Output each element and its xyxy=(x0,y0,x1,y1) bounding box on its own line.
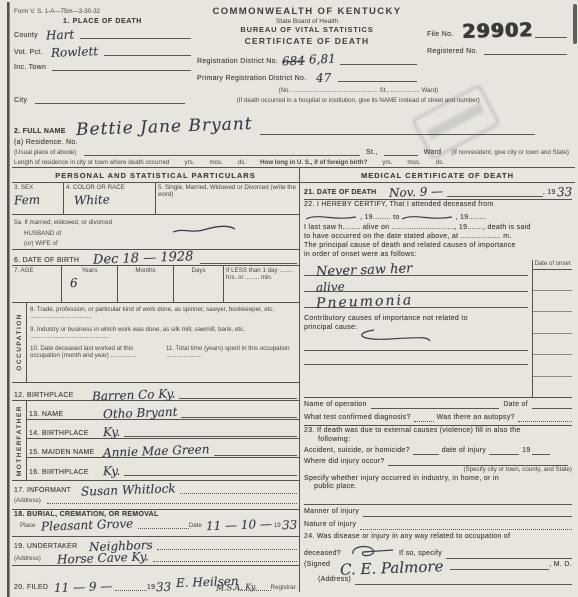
mother-birthplace-row: 16. BIRTHPLACE Ky. xyxy=(27,458,299,477)
blank-line xyxy=(535,29,567,38)
occupation-side-label: OCCUPATION xyxy=(16,313,23,371)
occupation-last-worked-label: 10. Date deceased last worked at this oc… xyxy=(27,343,163,362)
mother-side-label: MOTHER xyxy=(16,439,23,476)
full-name-row: 2. FULL NAME Bettie Jane Bryant xyxy=(12,105,575,135)
nature-of-injury-label: Nature of injury xyxy=(304,521,356,530)
blank-line xyxy=(363,508,572,517)
cause-line-3: Pneumonia xyxy=(304,292,528,308)
q24-line1: 24. Was disease or injury in any way rel… xyxy=(304,533,572,542)
registration-district-struck-value: 684 xyxy=(282,54,305,69)
blank-line xyxy=(413,446,439,455)
pen-scribble xyxy=(349,544,399,559)
residence-hint: (If nonresident, give city or town and S… xyxy=(451,149,569,156)
father-side-label: FATHER xyxy=(16,405,23,440)
blank-line xyxy=(532,446,550,455)
residence-sublabel: (Usual place of abode) xyxy=(14,149,76,156)
city-hint-street: (No. ...................................… xyxy=(278,87,438,94)
blank-line xyxy=(80,30,191,39)
age-years-value: 6 xyxy=(70,275,78,289)
operation-label: Name of operation xyxy=(304,401,367,410)
blank-line xyxy=(446,550,572,559)
board-subtitle: State Board of Health xyxy=(197,18,417,25)
marital-5a-label: 5a. If married, widowed, or divorced xyxy=(14,219,112,226)
onset-cell xyxy=(533,355,572,376)
age-label-cell: 7. AGE xyxy=(12,266,62,302)
filed-label: 20. FILED xyxy=(14,584,48,591)
inc-town-label: Inc. Town xyxy=(14,64,46,71)
date-of-death-label: 21. DATE OF DEATH xyxy=(304,189,377,198)
date-of-birth-label: 6. DATE OF BIRTH xyxy=(14,257,79,264)
section-headers: PERSONAL AND STATISTICAL PARTICULARS MED… xyxy=(12,168,575,183)
signed-row: (Signed C. E. Palmore , M. D. xyxy=(304,561,572,570)
yrs-label-2: yrs. xyxy=(382,159,392,166)
father-name-row: 13. NAME Otho Bryant xyxy=(27,401,299,420)
blank-line xyxy=(52,62,191,71)
occupation-items: 8. Trade, profession, or particular kind… xyxy=(27,303,299,382)
onset-cell xyxy=(533,312,572,333)
file-number-row: File No. 29902 xyxy=(427,20,567,38)
father-birthplace-row: 14. BIRTHPLACE Ky. xyxy=(27,420,299,439)
age-less-cell: If LESS than 1 day ........ hrs. or ....… xyxy=(224,266,299,302)
blank-line xyxy=(179,390,297,399)
blank-line xyxy=(181,409,297,418)
physician-signature: C. E. Palmore xyxy=(340,562,444,574)
onset-cell xyxy=(533,334,572,355)
mother-birthplace-label: 16. BIRTHPLACE xyxy=(29,469,101,476)
occupation-side-strip: OCCUPATION xyxy=(12,303,27,382)
injury-date-label: date of injury xyxy=(442,447,486,456)
mother-maiden-name-label: 15. MAIDEN NAME xyxy=(29,449,101,456)
length-text: Length of residence in city or town wher… xyxy=(14,159,169,166)
race-cell: 4. COLOR OR RACE White xyxy=(64,183,156,214)
contributory-line1: Contributory causes of importance not re… xyxy=(304,315,528,324)
certify-19-text: , 19........ xyxy=(456,214,487,223)
occupation-block: OCCUPATION 8. Trade, profession, or part… xyxy=(12,303,299,383)
pen-scribble xyxy=(304,212,360,223)
burial-place-date-row: Place Pleasant Grove Date 11 — 10 — 19 3… xyxy=(14,518,297,529)
certificate-title: CERTIFICATE OF DEATH xyxy=(197,36,417,46)
blank-line xyxy=(388,457,568,466)
residence-label-block: (a) Residence. No. (Usual place of abode… xyxy=(14,136,78,156)
race-value: White xyxy=(74,192,110,207)
blank-line xyxy=(450,561,550,570)
test-autopsy-row: What test confirmed diagnosis? Was there… xyxy=(304,411,572,426)
inc-town-row: Inc. Town xyxy=(14,62,191,71)
manner-of-injury-label: Manner of injury xyxy=(304,508,359,517)
date-of-birth-value: Dec 18 — 1928 xyxy=(93,249,194,267)
blank-line xyxy=(214,447,298,456)
registrar-signature-line2: M.S.A. Ky. xyxy=(215,582,256,592)
registration-district-value: 6,81 xyxy=(309,52,336,67)
marital-cell: 5. Single, Married, Widowed or Divorced … xyxy=(156,183,299,214)
blank-line xyxy=(484,46,567,55)
mother-maiden-name-row: 15. MAIDEN NAME Annie Mae Green xyxy=(27,439,299,458)
date-of-birth-row: 6. DATE OF BIRTH Dec 18 — 1928 xyxy=(12,250,299,266)
operation-row: Name of operation Date of xyxy=(304,398,572,411)
date-of-onset-column: Date of onset xyxy=(532,260,572,397)
county-label: County xyxy=(14,32,38,39)
registrar-label: Registrar. xyxy=(271,584,297,591)
age-days-cell: Days xyxy=(174,266,224,302)
header: Form V. S. 1-A—75m—3-30-32 1. PLACE OF D… xyxy=(12,2,575,82)
file-block: File No. 29902 Registered No. xyxy=(417,6,575,82)
onset-cell xyxy=(533,377,572,397)
burial-place-value: Pleasant Grove xyxy=(41,517,134,534)
file-number-stamp: 29902 xyxy=(461,19,533,43)
filed-year-value: 33 xyxy=(156,580,172,595)
informant-address-label: (Address) xyxy=(14,497,41,504)
accident-row: Accident, suicide, or homicide? date of … xyxy=(304,446,572,455)
age-days-label: Days xyxy=(176,267,221,274)
injury-19-label: 19 xyxy=(522,447,530,456)
bureau-subtitle: BUREAU OF VITAL STATISTICS xyxy=(197,25,417,34)
personal-section-title: PERSONAL AND STATISTICAL PARTICULARS xyxy=(12,168,300,182)
form-number: Form V. S. 1-A—75m—3-30-32 xyxy=(14,8,191,15)
principal-cause-line1: The principal cause of death and related… xyxy=(304,242,572,251)
parents-rows: 13. NAME Otho Bryant 14. BIRTHPLACE Ky. … xyxy=(27,401,299,481)
age-label: 7. AGE xyxy=(14,267,59,274)
blank-line xyxy=(200,255,297,264)
medical-section-title: MEDICAL CERTIFICATE OF DEATH xyxy=(300,168,575,182)
certify-block: 22. I HEREBY CERTIFY, That I attended de… xyxy=(304,200,572,260)
age-months-label: Months xyxy=(120,267,171,274)
certify-to-text: , 19........ to xyxy=(360,214,400,223)
sex-label: 3. SEX xyxy=(14,184,61,191)
registered-number-label: Registered No. xyxy=(427,48,478,55)
blank-dotted-line xyxy=(414,413,434,422)
undertaker-address-value: Horse Cave Ky. xyxy=(57,550,149,567)
spouse-row: 5a. If married, widowed, or divorced HUS… xyxy=(12,215,299,250)
marital-label: 5. Single, Married, Widowed or Divorced … xyxy=(158,184,297,198)
mos-label-2: mos. xyxy=(407,159,420,166)
blank-dotted-line xyxy=(138,520,189,529)
cause-value-3: Pneumonia xyxy=(316,292,414,311)
birthplace-label: 12. BIRTHPLACE xyxy=(14,392,74,399)
yrs-label: yrs. xyxy=(184,159,194,166)
full-name-label: 2. FULL NAME xyxy=(14,128,66,135)
death-certificate-scan: Form V. S. 1-A—75m—3-30-32 1. PLACE OF D… xyxy=(0,0,578,597)
blank-line xyxy=(532,400,572,409)
where-injury-label: Where did injury occur? xyxy=(304,458,384,467)
signed-label: (Signed xyxy=(304,561,330,570)
blank-dotted-line xyxy=(115,582,147,591)
blank-line xyxy=(104,47,191,56)
blank-line xyxy=(384,147,418,156)
informant-label: 17. INFORMANT xyxy=(14,487,71,494)
onset-cell xyxy=(533,270,572,291)
father-name-label: 13. NAME xyxy=(29,411,101,418)
foreign-birth-question: How long in U. S., if of foreign birth? xyxy=(260,159,367,166)
blank-line xyxy=(124,428,297,437)
race-label: 4. COLOR OR RACE xyxy=(66,184,153,191)
last-saw-line1: I last saw h........ alive on ..........… xyxy=(304,224,572,233)
blank-rule-line xyxy=(304,351,528,365)
age-months-cell: Months xyxy=(118,266,174,302)
accident-label: Accident, suicide, or homicide? xyxy=(304,447,410,456)
specify-line1: Specify whether injury occurred in indus… xyxy=(304,475,572,484)
undertaker-label: 19. UNDERTAKER xyxy=(14,543,77,550)
blank-line xyxy=(304,496,572,505)
pen-scribble xyxy=(344,327,434,350)
last-saw-line2: to have occurred on the date stated abov… xyxy=(304,233,572,242)
where-injury-row: Where did injury occur? xyxy=(304,457,572,466)
blank-line xyxy=(371,400,500,409)
burial-date-year: 33 xyxy=(281,518,297,533)
ds-label: ds. xyxy=(238,159,246,166)
operation-date-label: Date of xyxy=(503,401,528,410)
burial-place-label: Place xyxy=(20,522,35,529)
primary-district-row: Primary Registration District No. 47 xyxy=(197,71,417,82)
sex-race-marital-row: 3. SEX Fem 4. COLOR OR RACE White 5. Sin… xyxy=(12,183,299,215)
primary-district-label: Primary Registration District No. xyxy=(197,75,306,82)
date-of-death-value: Nov. 9 — xyxy=(388,184,443,200)
primary-district-value: 47 xyxy=(316,71,332,86)
birthplace-value: Barren Co Ky. xyxy=(91,386,175,403)
pen-scribble xyxy=(400,212,456,223)
informant-row: 17. INFORMANT Susan Whitlock xyxy=(14,483,297,494)
medical-column: 21. DATE OF DEATH Nov. 9 — , 19 33 22. I… xyxy=(300,183,575,592)
filed-19: 19 xyxy=(147,584,155,591)
occupation-dates-row: 10. Date deceased last worked at this oc… xyxy=(27,343,299,362)
undertaker-row: 19. UNDERTAKER Neighbors xyxy=(14,539,297,550)
blank-line xyxy=(124,467,297,476)
blank-dotted-line xyxy=(360,521,572,530)
blank-line xyxy=(489,446,519,455)
undertaker-block: 19. UNDERTAKER Neighbors (Address) Horse… xyxy=(12,537,299,566)
spouse-scribble xyxy=(169,222,239,236)
length-of-residence-row: Length of residence in city or town wher… xyxy=(12,157,575,168)
registered-number-row: Registered No. xyxy=(427,46,567,55)
undertaker-address-label: (Address) xyxy=(14,555,41,562)
contributory-answer-line xyxy=(304,333,528,351)
father-birthplace-value: Ky. xyxy=(103,424,121,439)
ds-label-2: ds. xyxy=(436,159,444,166)
principal-cause-line2: in order of onset were as follows: xyxy=(304,251,572,260)
blank-dotted-line xyxy=(157,541,297,550)
age-row: 7. AGE Years 6 Months Days If LESS than … xyxy=(12,266,299,303)
cause-value-2: alive xyxy=(316,280,345,295)
registrar-signature-block: E. Heilsen M.S.A. Ky. xyxy=(176,573,239,591)
blank-line xyxy=(340,56,417,65)
county-value: Hart xyxy=(46,28,75,43)
occupation-industry-label: 9. Industry or business in which work wa… xyxy=(27,323,299,343)
precinct-label: Vot. Pct. xyxy=(14,49,43,56)
blank-line xyxy=(447,188,543,197)
blank-line xyxy=(338,73,417,82)
precinct-value: Rowlett xyxy=(51,44,99,60)
wife-of-label: (or) WIFE of xyxy=(24,240,58,247)
sex-cell: 3. SEX Fem xyxy=(12,183,64,214)
personal-column: 3. SEX Fem 4. COLOR OR RACE White 5. Sin… xyxy=(12,183,300,592)
file-number-label: File No. xyxy=(427,31,454,38)
external-line1: 23. If death was due to external causes … xyxy=(304,427,572,436)
burial-date-19: 19 xyxy=(274,522,281,529)
burial-date-label: Date xyxy=(189,522,202,529)
city-label: City xyxy=(14,97,27,104)
certificate-body: Form V. S. 1-A—75m—3-30-32 1. PLACE OF D… xyxy=(7,2,575,597)
manner-of-injury-row: Manner of injury xyxy=(304,506,572,519)
certify-line1: 22. I HEREBY CERTIFY, That I attended de… xyxy=(304,201,572,210)
burial-date-value: 11 — 10 — xyxy=(206,517,272,533)
parents-side-strip: FATHER MOTHER xyxy=(12,401,27,481)
cause-lines: Never saw her alive Pneumonia Contributo… xyxy=(304,260,532,397)
husband-of-label: HUSBAND of xyxy=(24,230,61,237)
test-label: What test confirmed diagnosis? xyxy=(304,414,411,423)
external-causes-block: 23. If death was due to external causes … xyxy=(304,426,572,506)
certify-line2: , 19........ to , 19........ xyxy=(304,212,572,223)
cause-line-1: Never saw her xyxy=(304,260,528,276)
date-of-death-19: , 19 xyxy=(543,189,556,198)
commonwealth-title: COMMONWEALTH OF KENTUCKY xyxy=(197,6,417,17)
birthplace-row: 12. BIRTHPLACE Barren Co Ky. xyxy=(12,383,299,401)
date-of-death-row: 21. DATE OF DEATH Nov. 9 — , 19 33 xyxy=(304,183,572,200)
blank-line xyxy=(84,147,360,156)
age-years-label: Years xyxy=(64,267,115,274)
occupation-trade-label: 8. Trade, profession, or particular kind… xyxy=(27,303,299,323)
date-of-death-year: 33 xyxy=(556,185,572,200)
md-label: , M. D. xyxy=(549,561,572,570)
mother-maiden-name-value: Annie Mae Green xyxy=(103,442,210,460)
onset-cell xyxy=(533,291,572,312)
blank-dotted-line xyxy=(518,413,572,422)
autopsy-label: Was there an autopsy? xyxy=(437,414,515,423)
blank-line xyxy=(35,95,185,104)
burial-block: 18. BURIAL, CREMATION, OR REMOVAL Place … xyxy=(12,510,299,537)
date-of-onset-header: Date of onset xyxy=(533,260,572,270)
q24-deceased-label: deceased? xyxy=(304,550,341,559)
external-line2: following: xyxy=(318,436,572,445)
main-columns: 3. SEX Fem 4. COLOR OR RACE White 5. Sin… xyxy=(12,183,575,592)
city-row: City (No. ..............................… xyxy=(12,82,575,105)
where-injury-hint: (Specify city or town, county, and State… xyxy=(304,466,572,475)
county-row: County Hart xyxy=(14,28,191,39)
undertaker-address-row: (Address) Horse Cave Ky. xyxy=(14,551,297,562)
informant-block: 17. INFORMANT Susan Whitlock (Address) xyxy=(12,481,299,510)
title-block: COMMONWEALTH OF KENTUCKY State Board of … xyxy=(197,6,417,82)
mother-birthplace-value: Ky. xyxy=(103,463,121,478)
blank-dotted-line xyxy=(180,485,297,494)
place-of-death-block: Form V. S. 1-A—75m—3-30-32 1. PLACE OF D… xyxy=(12,6,197,82)
parents-block: FATHER MOTHER 13. NAME Otho Bryant 14. B… xyxy=(12,401,299,482)
place-of-death-heading: 1. PLACE OF DEATH xyxy=(14,18,191,25)
cause-of-death-area: Never saw her alive Pneumonia Contributo… xyxy=(304,260,572,398)
precinct-row: Vot. Pct. Rowlett xyxy=(14,45,191,56)
father-name-value: Otho Bryant xyxy=(103,404,178,421)
registration-district-row: Registration District No. 684 6,81 xyxy=(197,52,417,65)
age-less-label: If LESS than 1 day ........ hrs. or ....… xyxy=(226,267,297,282)
filed-date-value: 11 — 9 — xyxy=(54,579,113,595)
registration-district-label: Registration District No. xyxy=(197,58,278,65)
specify-line2: public place. xyxy=(314,483,572,492)
occupation-relation-block: 24. Was disease or injury in any way rel… xyxy=(304,532,572,586)
q24-line2: deceased? If so, specify xyxy=(304,544,572,559)
residence-street-label: St., xyxy=(366,149,378,156)
age-years-cell: Years 6 xyxy=(62,266,118,302)
sex-value: Fem xyxy=(14,193,41,208)
blank-dotted-line xyxy=(153,553,297,562)
mos-label: mos. xyxy=(209,159,222,166)
nature-of-injury-row: Nature of injury xyxy=(304,519,572,532)
informant-address-row: (Address) xyxy=(14,495,297,504)
father-birthplace-label: 14. BIRTHPLACE xyxy=(29,430,101,437)
filed-row: 20. FILED 11 — 9 — 19 33 E. Heilsen M.S.… xyxy=(12,566,299,592)
occupation-total-time-label: 11. Total time (years) spent in this occ… xyxy=(163,343,299,362)
residence-label: (a) Residence. No. xyxy=(14,139,78,146)
